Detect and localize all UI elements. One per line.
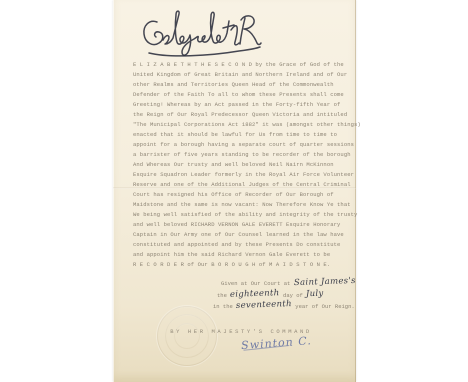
body-text: E L I Z A B E T H T H E S E C O N D by t… (133, 60, 349, 270)
body-line: Court has resigned his Office of Recorde… (133, 190, 349, 200)
place-handwritten: Saint James's (293, 276, 355, 290)
scanned-document-photo: E L I Z A B E T H T H E S E C O N D by t… (0, 0, 468, 382)
fold-crease (113, 187, 356, 189)
body-line: United Kingdom of Great Britain and Nort… (133, 70, 349, 80)
letters-patent-page: E L I Z A B E T H T H E S E C O N D by t… (113, 0, 356, 382)
body-line: and well beloved RICHARD VERNON GALE EVE… (133, 220, 349, 230)
body-line: Defender of the Faith To all to whom the… (133, 90, 349, 100)
body-line: enacted that it should be lawful for Us … (133, 130, 349, 140)
body-line: Esquire Squadron Leader formerly in the … (133, 170, 349, 180)
year-suffix-text: year of Our Reign. (295, 303, 354, 310)
in-the-text: in the (213, 303, 233, 310)
royal-signature-ink-strokes (139, 6, 271, 64)
body-line: constituted and appointed and by these P… (133, 240, 349, 250)
given-at-text: Given at Our Court at (221, 280, 290, 287)
body-line: other Realms and Territories Queen Head … (133, 80, 349, 90)
body-line: Captain in Our Army one of Our Counsel l… (133, 230, 349, 240)
body-line: R E C O R D E R of Our B O R O U G H of … (133, 260, 349, 270)
body-line: We being well satisfied of the ability a… (133, 210, 349, 220)
the-text: the (217, 292, 227, 299)
body-line: and appoint him the said Richard Vernon … (133, 250, 349, 260)
royal-signature (139, 6, 271, 64)
body-line: E L I Z A B E T H T H E S E C O N D by t… (133, 60, 349, 70)
body-line: a barrister of five years standing to be… (133, 150, 349, 160)
body-line: "The Municipal Corporations Act 1882" it… (133, 120, 349, 130)
body-line: Greeting! Whereas by an Act passed in th… (133, 100, 349, 110)
dating-clause: Given at Our Court at Saint James's the … (213, 278, 353, 313)
day-of-text: day of (283, 292, 303, 299)
month-handwritten: July (306, 288, 324, 300)
regnal-year-handwritten: seventeenth (236, 299, 292, 312)
body-line: And Whereas Our trusty and well beloved … (133, 160, 349, 170)
body-line: the Reign of Our Royal Predecessor Queen… (133, 110, 349, 120)
body-line: appoint for a borough having a separate … (133, 140, 349, 150)
countersignature: Swinton C. (241, 333, 332, 350)
body-line: Maidstone and the same is now vacant: No… (133, 200, 349, 210)
embossed-seal (157, 306, 217, 366)
